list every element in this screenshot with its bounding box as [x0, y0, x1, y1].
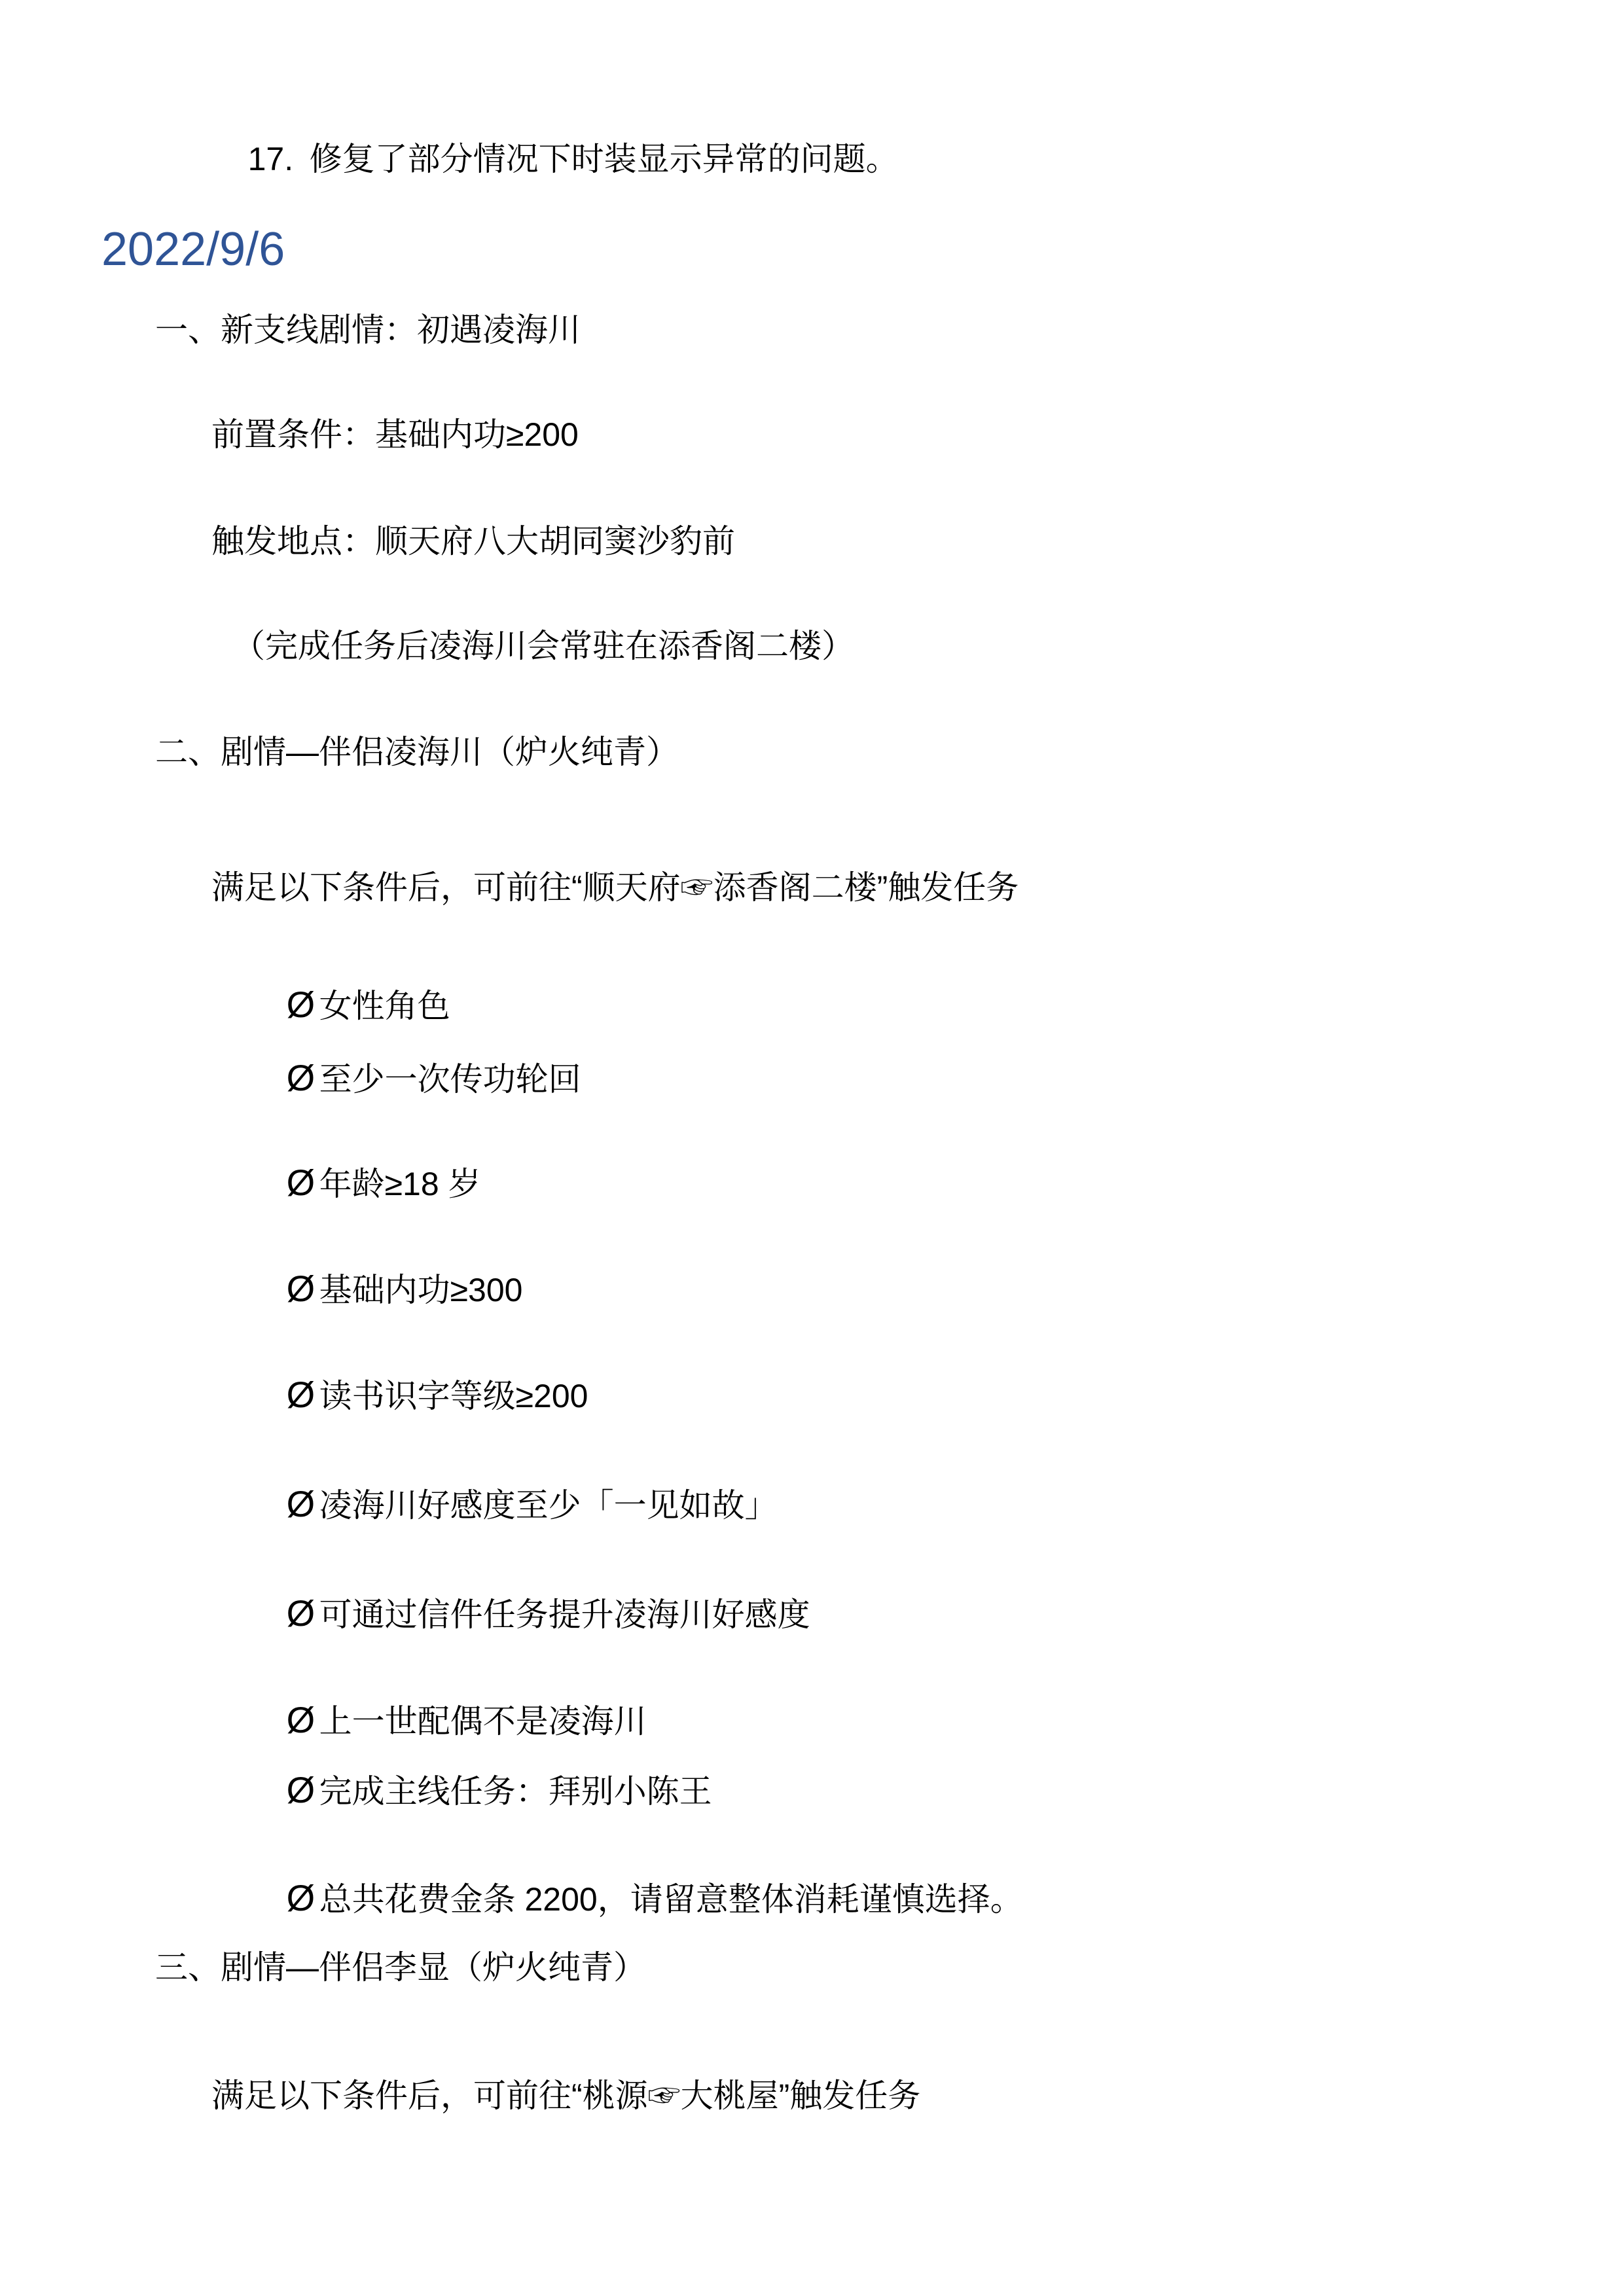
- list-item: Ø可通过信件任务提升凌海川好感度: [250, 1558, 810, 1670]
- note-paragraph: （完成任务后凌海川会常驻在添香阁二楼）: [232, 628, 854, 664]
- paragraph-trigger-location: 触发地点：顺天府八大胡同窦沙豹前: [211, 523, 735, 560]
- paragraph-conditions-intro-1: 满足以下条件后，可前往“顺天府☞添香阁二楼”触发任务: [211, 869, 1019, 906]
- list-item-text: 年龄≥18 岁: [319, 1166, 481, 1202]
- list-item: Ø总共花费金条 2200，请留意整体消耗谨慎选择。: [250, 1843, 1023, 1954]
- section-heading-1: 一、新支线剧情：初遇凌海川: [155, 312, 581, 348]
- bullet-marker: Ø: [287, 986, 319, 1023]
- list-item: Ø至少一次传功轮回: [250, 1023, 581, 1134]
- bullet-marker: Ø: [287, 1376, 319, 1413]
- list-item: Ø基础内功≥300: [250, 1234, 522, 1345]
- list-item-text: 女性角色: [319, 988, 450, 1024]
- list-item-text: 可通过信件任务提升凌海川好感度: [319, 1596, 810, 1633]
- bullet-marker: Ø: [287, 1060, 319, 1096]
- date-heading: 2022/9/6: [101, 224, 285, 275]
- list-number: 17.: [248, 141, 310, 177]
- list-item-text: 上一世配偶不是凌海川: [319, 1703, 647, 1740]
- bullet-marker: Ø: [287, 1164, 319, 1201]
- list-item: Ø读书识字等级≥200: [250, 1340, 588, 1451]
- document-page: 17.修复了部分情况下时装显示异常的问题。 2022/9/6 一、新支线剧情：初…: [0, 0, 1624, 2296]
- list-item-text: 总共花费金条 2200，请留意整体消耗谨慎选择。: [319, 1881, 1023, 1918]
- section-heading-2: 二、剧情—伴侣凌海川（炉火纯青）: [155, 734, 679, 770]
- list-item-text: 读书识字等级≥200: [319, 1378, 588, 1414]
- paragraph-precondition: 前置条件：基础内功≥200: [211, 416, 579, 453]
- paragraph-conditions-intro-2: 满足以下条件后，可前往“桃源☞大桃屋”触发任务: [211, 2077, 920, 2114]
- bullet-marker: Ø: [287, 1486, 319, 1522]
- bullet-marker: Ø: [287, 1772, 319, 1808]
- numbered-item-text: 修复了部分情况下时装显示异常的问题。: [310, 141, 899, 177]
- list-item-text: 基础内功≥300: [319, 1272, 523, 1308]
- bullet-marker: Ø: [287, 1702, 319, 1738]
- list-item: Ø凌海川好感度至少「一见如故」: [250, 1449, 778, 1560]
- section-heading-3: 三、剧情—伴侣李显（炉火纯青）: [155, 1949, 646, 1986]
- numbered-list-item: 17.修复了部分情况下时装显示异常的问题。: [211, 104, 899, 214]
- list-item-text: 至少一次传功轮回: [319, 1061, 581, 1098]
- list-item: Ø年龄≥18 岁: [250, 1128, 481, 1239]
- bullet-marker: Ø: [287, 1595, 319, 1632]
- list-item-text: 凌海川好感度至少「一见如故」: [319, 1487, 778, 1524]
- bullet-marker: Ø: [287, 1270, 319, 1307]
- list-item-text: 完成主线任务：拜别小陈王: [319, 1773, 712, 1810]
- list-item: Ø完成主线任务：拜别小陈王: [250, 1735, 712, 1846]
- bullet-marker: Ø: [287, 1880, 319, 1916]
